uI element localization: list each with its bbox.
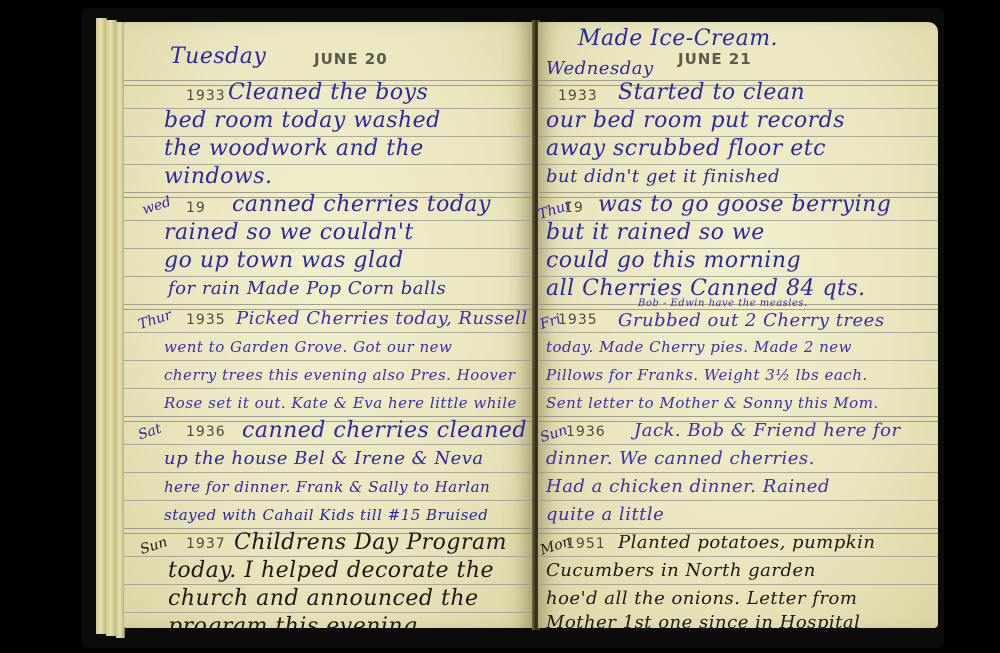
rule-line [538, 500, 938, 501]
entry-line: church and announced the [168, 586, 479, 611]
entry-year: 19 [564, 200, 584, 216]
rule-line [538, 556, 938, 557]
entry-year: 1936 [186, 424, 226, 440]
entry-line: went to Garden Grove. Got our new [164, 338, 452, 356]
above-note: Bob - Edwin have the measles. [638, 298, 808, 309]
rule-line [124, 276, 534, 277]
diary-book: JUNE 20 Tuesday 1933 Cleaned the boys be… [82, 8, 944, 648]
entry-line: Rose set it out. Kate & Eva here little … [164, 394, 517, 412]
entry-line: was to go goose berrying [598, 192, 891, 217]
rule-line [124, 612, 534, 613]
rule-line [124, 556, 534, 557]
entry-year: 1935 [558, 312, 598, 328]
entry-line: could go this morning [546, 248, 801, 273]
entry-line: Started to clean [618, 80, 805, 105]
entry-line: for rain Made Pop Corn balls [168, 278, 446, 299]
entry-line: hoe'd all the onions. Letter from [546, 588, 857, 609]
below-note: Wrote her this aft. [668, 626, 817, 628]
entry-year: 1951 [566, 536, 606, 552]
entry-line: here for dinner. Frank & Sally to Harlan [164, 478, 490, 496]
entry-line: rained so we couldn't [164, 220, 414, 245]
entry-year: 1937 [186, 536, 226, 552]
entry-line: Cucumbers in North garden [546, 560, 816, 581]
entry-year: 1935 [186, 312, 226, 328]
rule-line [124, 388, 534, 389]
entry-line: today. Made Cherry pies. Made 2 new [546, 338, 852, 356]
rule-line [538, 360, 938, 361]
rule-line [124, 444, 534, 445]
entry-line: Planted potatoes, pumpkin [618, 532, 876, 553]
entry-year: 1933 [186, 88, 226, 104]
entry-year: 19 [186, 200, 206, 216]
entry-line: but didn't get it finished [546, 166, 780, 187]
margin-weekday: Sun [538, 422, 569, 446]
page-date-heading: JUNE 21 [678, 50, 752, 68]
entry-line: Sent letter to Mother & Sonny this Mom. [546, 394, 879, 412]
entry-line: up the house Bel & Irene & Neva [164, 448, 484, 469]
rule-line [538, 472, 938, 473]
left-page: JUNE 20 Tuesday 1933 Cleaned the boys be… [124, 22, 534, 628]
entry-line: Grubbed out 2 Cherry trees [618, 310, 885, 331]
entry-year: 1933 [558, 88, 598, 104]
entry-line: program this evening [168, 614, 418, 628]
entry-line: windows. [164, 164, 272, 189]
margin-weekday: Sun [138, 534, 169, 558]
entry-line: but it rained so we [546, 220, 765, 245]
entry-line: bed room today washed [164, 108, 441, 133]
rule-line [124, 472, 534, 473]
right-page: Made Ice-Cream. JUNE 21 Wednesday 1933 S… [538, 22, 938, 628]
entry-line: the woodwork and the [164, 136, 424, 161]
entry-line: Had a chicken dinner. Rained [546, 476, 830, 497]
page-date-heading: JUNE 20 [314, 50, 388, 68]
rule-line [124, 584, 534, 585]
rule-line [538, 584, 938, 585]
rule-line [538, 332, 938, 333]
entry-line: Pillows for Franks. Weight 3½ lbs each. [546, 366, 868, 384]
entry-line: canned cherries cleaned [242, 418, 527, 443]
entry-line: go up town was glad [164, 248, 404, 273]
margin-weekday: Thur [136, 307, 173, 333]
margin-weekday: Sat [136, 421, 163, 444]
entry-line: dinner. We canned cherries. [546, 448, 815, 469]
day-label: Wednesday [546, 58, 654, 79]
entry-line: our bed room put records [546, 108, 845, 133]
rule-line [538, 164, 938, 165]
entry-line: stayed with Cahail Kids till #15 Bruised [164, 506, 488, 524]
entry-line: away scrubbed floor etc [546, 136, 826, 161]
entry-line: Childrens Day Program [234, 530, 507, 555]
top-note: Made Ice-Cream. [578, 26, 778, 51]
day-label: Tuesday [170, 44, 266, 69]
rule-line [124, 360, 534, 361]
entry-line: Picked Cherries today, Russell [236, 308, 528, 329]
entry-line: Cleaned the boys [228, 80, 428, 105]
entry-line: canned cherries today [232, 192, 491, 217]
entry-line: today. I helped decorate the [168, 558, 494, 583]
entry-year: 1936 [566, 424, 606, 440]
rule-line [124, 332, 534, 333]
rule-line [538, 444, 938, 445]
entry-line: quite a little [546, 504, 664, 525]
rule-line [538, 388, 938, 389]
entry-line: cherry trees this evening also Pres. Hoo… [164, 366, 515, 384]
rule-line [124, 500, 534, 501]
entry-line: Jack. Bob & Friend here for [634, 420, 901, 441]
